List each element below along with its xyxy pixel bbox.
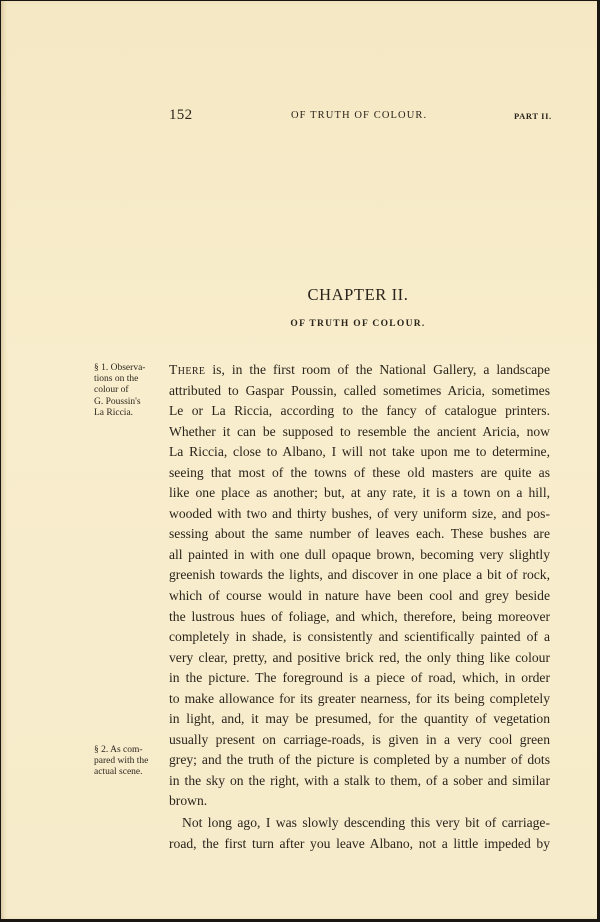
- text-line: seeing that most of the towns of these o…: [169, 463, 550, 484]
- text-line: La Riccia, close to Albano, I will not t…: [169, 442, 550, 463]
- text-line: sessing about the same number of leaves …: [169, 524, 550, 545]
- margin-note-line: pared with the: [94, 756, 164, 767]
- text-line: which of course would in nature have bee…: [169, 586, 550, 607]
- page-number: 152: [169, 107, 192, 124]
- paragraph-1: There is, in the first room of the Natio…: [169, 360, 550, 812]
- text-line: to make allowance for its greater nearne…: [169, 689, 550, 710]
- margin-note-line: tions on the: [94, 374, 164, 385]
- text-line: wooded with two and thirty bushes, of ve…: [169, 504, 550, 525]
- chapter-title: CHAPTER II.: [1, 285, 597, 305]
- text-line: in light, and, it may be presumed, for t…: [169, 709, 550, 730]
- text-line: There is, in the first room of the Natio…: [169, 360, 550, 381]
- margin-note-line: G. Poussin's: [94, 397, 164, 408]
- text-line: usually present on carriage-roads, is gi…: [169, 730, 550, 751]
- margin-note-line: actual scene.: [94, 767, 164, 778]
- margin-note-line: colour of: [94, 385, 164, 396]
- text-line: all painted in with one dull opaque brow…: [169, 545, 550, 566]
- text-line: road, the first turn after you leave Alb…: [169, 834, 550, 855]
- text-line: in the picture. The foreground is a piec…: [169, 668, 550, 689]
- text-line: Not long ago, I was slowly descending th…: [169, 813, 550, 834]
- text-line: attributed to Gaspar Poussin, called som…: [169, 381, 550, 402]
- body-text: There is, in the first room of the Natio…: [169, 360, 550, 854]
- lead-word: There: [169, 362, 205, 377]
- margin-note-line: § 1. Observa-: [94, 363, 164, 374]
- running-title: OF TRUTH OF COLOUR.: [291, 110, 427, 121]
- show-through-text: [166, 143, 566, 223]
- margin-note-line: § 2. As com-: [94, 745, 164, 756]
- running-head: 152 OF TRUTH OF COLOUR. PART II.: [1, 107, 597, 127]
- text-line: greenish towards the lights, and discove…: [169, 565, 550, 586]
- text-line: the lustrous hues of foliage, and which,…: [169, 607, 550, 628]
- text-line: brown.: [169, 791, 550, 812]
- text-line: grey; and the truth of the picture is co…: [169, 750, 550, 771]
- chapter-subtitle: OF TRUTH OF COLOUR.: [1, 319, 597, 329]
- margin-note-section-1: § 1. Observa- tions on the colour of G. …: [94, 363, 164, 419]
- text-line: in the sky on the right, with a stalk to…: [169, 771, 550, 792]
- text-line: Whether it can be supposed to resemble t…: [169, 422, 550, 443]
- text-line: like one place as another; but, at any r…: [169, 483, 550, 504]
- book-page: 152 OF TRUTH OF COLOUR. PART II. CHAPTER…: [1, 1, 597, 919]
- text-line: very clear, pretty, and positive brick r…: [169, 648, 550, 669]
- margin-note-line: La Riccia.: [94, 408, 164, 419]
- part-label: PART II.: [514, 111, 552, 121]
- paragraph-2: Not long ago, I was slowly descending th…: [169, 813, 550, 854]
- text-line: Le or La Riccia, according to the fancy …: [169, 401, 550, 422]
- text-line: completely in shade, is consistently and…: [169, 627, 550, 648]
- margin-note-section-2: § 2. As com- pared with the actual scene…: [94, 745, 164, 779]
